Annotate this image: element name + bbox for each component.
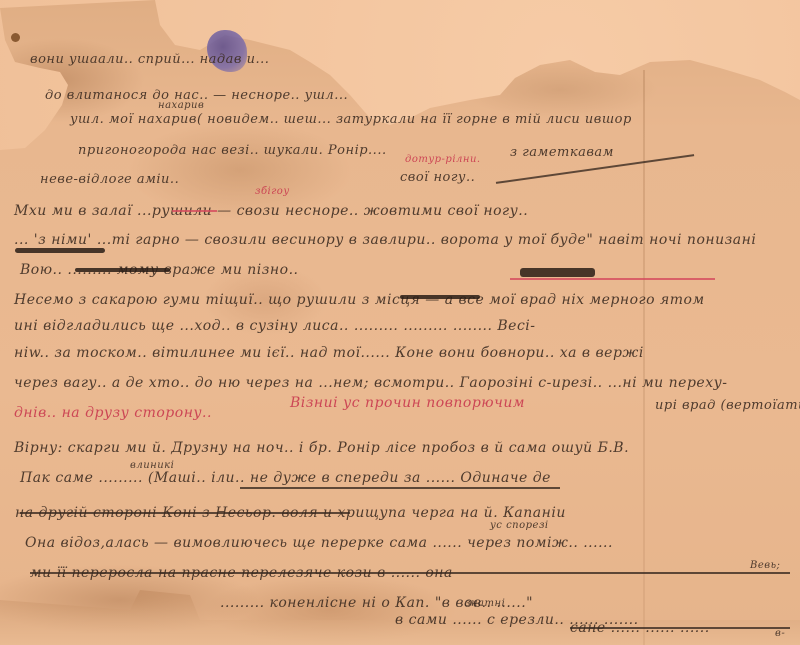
interlinear-insertion: влиникі <box>130 460 174 471</box>
red-correction: дотур-рілни. <box>405 154 481 165</box>
interlinear-insertion: в- <box>775 628 785 639</box>
heavy-strikethrough <box>75 268 170 272</box>
manuscript-line: з гаметкавам <box>510 145 614 160</box>
red-strikethrough <box>510 278 715 280</box>
manuscript-line: неве-відлоге аміи.. <box>40 172 179 187</box>
interlinear-insertion: Вевь; <box>750 560 780 571</box>
manuscript-line: ... 'з німи' ...ті гарно — свозили весин… <box>14 232 756 248</box>
red-correction: збігоу <box>255 186 290 197</box>
strikethrough <box>20 512 350 514</box>
interlinear-insertion: нахарив <box>158 100 204 111</box>
manuscript-line: Мхи ми в залаї ...рушили — свози несноре… <box>14 203 528 219</box>
red-manuscript-line: днів.. на друзу сторону.. <box>14 405 212 421</box>
interlinear-insertion: ус спорезі <box>490 520 549 531</box>
manuscript-line: ніw.. за тоском.. вітилинее ми ієї.. над… <box>14 345 644 361</box>
heavy-strikethrough <box>400 295 480 299</box>
heavy-strikethrough <box>15 248 105 253</box>
ink-smudge <box>520 268 595 277</box>
manuscript-line: вони ушаали.. сприй... надав и... <box>30 52 269 67</box>
underline <box>240 487 560 489</box>
manuscript-line: пригоногорода нас везі.. шукали. Ронір..… <box>78 143 387 158</box>
manuscript-line: ині відгладились ще ...ход.. в сузіну ли… <box>14 318 536 334</box>
strikethrough <box>30 572 790 574</box>
red-strikethrough <box>172 210 217 212</box>
manuscript-line: Несемо з сакарою гуми тіщиї.. що рушили … <box>14 292 705 308</box>
red-manuscript-line: Візниі ус прочин повпорючим <box>290 395 525 411</box>
manuscript-line: ушл. мої нахарив( новидем.. шеш... затур… <box>70 112 632 127</box>
manuscript-line: Вірну: скарги ми й. Друзну на ноч.. і бр… <box>14 440 629 456</box>
stain-dot <box>11 33 20 42</box>
interlinear-insertion: знатні <box>465 598 505 609</box>
manuscript-line: свої ногу.. <box>400 170 475 185</box>
manuscript-line: Пак саме ......... (Маші.. іли.. не дуже… <box>20 470 551 486</box>
strikethrough <box>570 627 790 629</box>
manuscript-line: ирі врад (вертоїати) <box>655 398 800 413</box>
manuscript-line: через вагу.. а де хто.. до ню через на .… <box>14 375 727 391</box>
manuscript-line: Она відоз,алась — вимовлиючесь ще перерк… <box>25 535 613 551</box>
